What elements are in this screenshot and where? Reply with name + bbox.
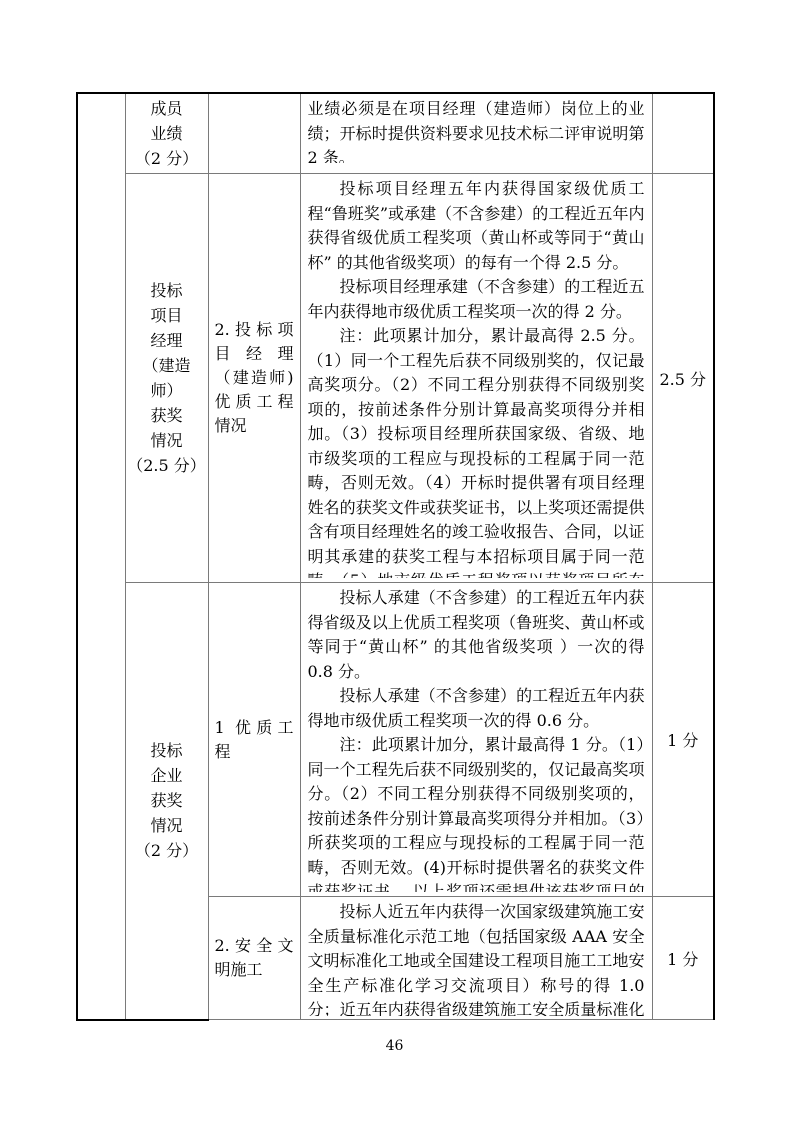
paragraph: 业绩必须是在项目经理（建造师）岗位上的业绩；开标时提供资料要求见技术标二评审说明…	[308, 97, 645, 163]
paragraph: 投标人承建（不含参建）的工程近五年内获得省级及以上优质工程奖项（鲁班奖、黄山杯或…	[308, 586, 645, 684]
paragraph: 注：此项累计加分，累计最高得 1 分。（1）同一个工程先后获不同级别奖的，仅记最…	[308, 733, 645, 892]
page-number: 46	[76, 1038, 713, 1054]
paragraph: 投标人近五年内获得一次国家级建筑施工安全质量标准化示范工地（包括国家级 AAA …	[308, 900, 645, 1016]
subitem-cell-safety-civilized-construction: 2.安全文明施工	[208, 897, 300, 1020]
description-cell-safety-civilized-construction: 投标人近五年内获得一次国家级建筑施工安全质量标准化示范工地（包括国家级 AAA …	[300, 897, 652, 1020]
left-margin-cell	[77, 93, 125, 1020]
category-cell-bidder-enterprise-awards: 投标 企业 获奖 情况 （2 分）	[125, 583, 208, 1020]
category-cell-member-performance: 成员 业绩 （2 分）	[125, 93, 208, 174]
subitem-cell-empty	[208, 93, 300, 174]
evaluation-criteria-table: 成员 业绩 （2 分） 业绩必须是在项目经理（建造师）岗位上的业绩；开标时提供资…	[76, 92, 715, 1021]
category-cell-project-manager-awards: 投标 项目 经理 （建造 师） 获奖 情况 （2.5 分）	[125, 174, 208, 583]
paragraph: 投标项目经理承建（不含参建）的工程近五年内获得地市级优质工程奖项一次的得 2 分…	[308, 275, 645, 324]
description-cell-pm-quality-project: 投标项目经理五年内获得国家级优质工程“鲁班奖”或承建（不含参建）的工程近五年内获…	[300, 174, 652, 583]
score-cell-quality-project: 1 分	[652, 583, 714, 897]
paragraph: 投标人承建（不含参建）的工程近五年内获得地市级优质工程奖项一次的得 0.6 分。	[308, 684, 645, 733]
subitem-cell-quality-project: 1 优质工程	[208, 583, 300, 897]
description-cell-quality-project: 投标人承建（不含参建）的工程近五年内获得省级及以上优质工程奖项（鲁班奖、黄山杯或…	[300, 583, 652, 897]
description-cell-member-performance: 业绩必须是在项目经理（建造师）岗位上的业绩；开标时提供资料要求见技术标二评审说明…	[300, 93, 652, 174]
score-cell-empty	[652, 93, 714, 174]
score-cell-pm-quality-project: 2.5 分	[652, 174, 714, 583]
score-cell-safety-civilized-construction: 1 分	[652, 897, 714, 1020]
paragraph: 投标项目经理五年内获得国家级优质工程“鲁班奖”或承建（不含参建）的工程近五年内获…	[308, 177, 645, 275]
paragraph: 注：此项累计加分，累计最高得 2.5 分。（1）同一个工程先后获不同级别奖的，仅…	[308, 324, 645, 578]
subitem-cell-pm-quality-project: 2.投标项目经理（建造师)优质工程情况	[208, 174, 300, 583]
